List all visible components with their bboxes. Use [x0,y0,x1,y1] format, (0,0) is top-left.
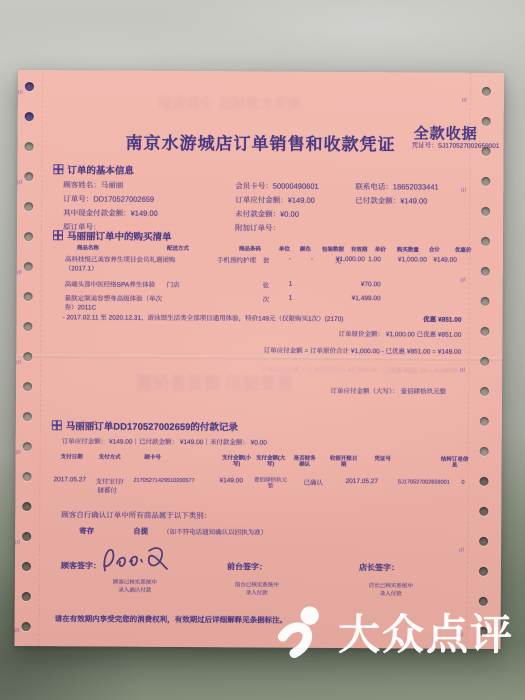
front-desk-signature-label: 前台签字： [227,561,267,572]
pay-row-date: 2017.05.27 [53,476,86,483]
tractor-feed-hole [479,507,488,516]
category-option-store: 寄存 [79,524,94,538]
edge-ink-mark: /// [14,539,21,546]
item-row-1-color: - [289,256,291,263]
manager-signature-note: 店长已核实系统中录入付款 [355,582,427,599]
edge-ink-mark: /// [461,187,468,194]
tractor-feed-hole [480,417,489,426]
edge-ink-mark: /// [458,547,465,554]
tractor-feed-hole [480,387,489,396]
tractor-feed-hole [23,442,32,451]
col-header-discount: 优惠价 [455,246,472,254]
col-header-barcode: 商品条码 [239,244,261,252]
payment-summary: 订单应付金额： ¥149.00｜已付款金额： ¥149.00｜未付款金额： ¥0… [62,436,267,446]
tractor-feed-hole [480,357,489,366]
tractor-feed-hole [482,117,491,126]
edge-ink-mark: /// [15,449,22,456]
col-header-price: 单价 [375,245,386,253]
col-header-expiry: 有效期 [351,245,368,253]
item-row-3-amount: ¥1,499.00 [333,295,381,302]
tractor-feed-hole [481,177,490,186]
item-row-2-delivery: 门店 [167,280,180,289]
paid-amount: 已付款金额：¥149.00 [355,194,438,209]
edge-ink-mark: /// [459,457,466,464]
tractor-feed-hole [481,147,490,156]
dianping-brand-text: 大众点评 [338,602,514,662]
edge-ink-mark: /// [461,97,468,104]
category-option-pickup: 自提 [133,525,148,539]
customer-signature-note: 顾客已核实系统中录入确认付款 [99,579,171,596]
col-header-pack: 包装数据 [322,245,344,253]
pay-header-amount-caps: 支付金额(大写) [256,455,286,468]
payable-calc-ghost: 订单应付金额 = 订单原价合计 ¥1,000.00 - 已优惠 ¥851.00 … [261,364,459,374]
item-row-3-color: 1 [289,295,293,302]
item-row-1-qty: 1.00 [357,256,381,263]
customer-handwritten-signature [97,538,175,582]
validity-note: - 2017.02.11 至 2020.12.31，游泳馆生活类全部项目通用体验… [62,312,343,323]
edge-ink-mark: /// [17,89,24,96]
edge-ink-mark: /// [16,269,23,276]
tractor-feed-hole [481,207,490,216]
col-header-qty: 购买数量 [397,245,419,253]
pay-header-book-date: 收银开账日期 [330,456,358,469]
tractor-feed-hole [23,322,32,331]
item-row-1-pack: - [311,256,313,263]
tractor-feed-hole [23,412,32,421]
payable-calc-line: 订单应付金额 = 订单原价合计 ¥1,000.00 - 已优惠 ¥851.00 … [264,346,462,356]
payable-amount: 订单应付金额：¥149.00 [235,193,318,208]
payable-caps-line: 订单应付金额（大写）： 壹佰肆拾玖元整 [330,386,446,396]
cash-paid-amount: 其中现金付款金额：¥149.00 [63,206,158,221]
item-row-1-unit: 套 [263,255,270,264]
item-row-1-name2: （2017.1） [65,263,98,272]
tractor-feed-hole [479,567,488,576]
front-desk-signature-note: 前台已核实系统中录入付款 [221,581,293,598]
col-header-unit: 单位 [279,245,290,253]
basic-info-col3: 联系电话：18652033441 已付款金额：¥149.00 [355,180,439,209]
tractor-feed-hole [23,352,32,361]
col-header-delivery: 配送方式 [167,244,189,252]
pay-header-voucher: 凭证号 [368,456,398,462]
tractor-feed-hole [24,292,33,301]
discount-amount-note: 优惠 ¥851.00 [401,314,461,323]
item-row-2-amount: ¥70.00 [333,281,381,288]
edge-ink-mark: /// [460,277,467,284]
pay-row-carryover: 0 [461,480,464,486]
pay-row-amount: ¥149.00 [219,477,243,484]
item-row-2-color: 1 [289,281,293,288]
tractor-feed-hole [25,112,34,121]
category-confirm-line: 顾客自行确认订单中所有商品属于以下类别： [61,508,211,523]
tractor-feed-hole [24,202,33,211]
photo-background: 南京水游城店 全款收据 重要提示 请妥善保管 南京水游城店订单销售和收款凭证 全… [0,0,525,700]
item-row-3-unit: 次 [263,294,270,303]
extra-order-number: 附加订单号： [235,221,318,236]
tractor-feed-hole [22,622,31,631]
tractor-feed-hole [481,297,490,306]
tractor-feed-hole [24,232,33,241]
tractor-feed-hole [22,502,31,511]
pay-row-card-number: 21705271429510200577 [133,478,194,484]
dianping-watermark: 大众点评 [276,602,514,662]
item-row-1-barcode: 手机预约护理 [217,255,256,264]
section-grid-icon [53,230,63,240]
pay-header-finance-confirm: 是否财务确认 [292,456,318,469]
edge-ink-mark: /// [14,627,20,634]
validity-footer-note: 请在有效期内享受完您的消费权利，有效期过后详细解释见条据标注。 [55,612,288,627]
tractor-feed-hole [481,267,490,276]
pay-header-method: 支付方式 [98,454,122,460]
item-row-2-unit: 张 [263,280,270,289]
tractor-feed-hole [22,532,31,541]
tractor-feed-hole [22,472,31,481]
pay-header-date: 支付日期 [60,454,84,460]
edge-ink-mark: /// [16,359,23,366]
tractor-feed-hole [479,477,488,486]
section-grid-icon [53,164,63,174]
section-grid-icon [52,420,62,430]
item-row-2-name: 高端头部中医经络SPA养生体验 [65,279,156,289]
section-payment-title: 马丽丽订单DD170527002659的付款记录 [52,418,238,433]
pay-row-amount-caps: 壹佰肆拾玖元整 [253,477,287,490]
section-basic-info-title: 订单的基本信息 [53,162,134,176]
pay-row-method-line2: 储蓄付 [97,485,117,494]
pay-row-voucher: SJ170527002659001 [397,479,449,485]
pay-row-confirm: 已确认 [303,478,323,487]
customer-name: 顾客姓名：马丽丽 [63,178,158,193]
contact-phone: 联系电话：18652033441 [355,180,438,195]
section-purchase-title: 马丽丽订单中的购买清单 [53,228,172,243]
pay-row-book-date: 2017.05.27 [345,478,378,485]
basic-info-col2: 会员卡号：50000490601 订单应付金额：¥149.00 未付款金额：¥0… [235,179,319,236]
tractor-feed-hole [23,382,32,391]
col-header-color: 颜色 [300,245,311,253]
bleedthrough-text-top: 南京水游城店 全款收据 [158,93,302,114]
original-price-line: 订单原价金额： ¥1,000.00 已优惠 ¥851.00 [339,329,462,339]
col-header-product: 商品名称 [77,243,99,251]
category-option-note: （如不符电话通知确认以回执为准） [163,527,267,537]
receipt-paper: 南京水游城店 全款收据 重要提示 请妥善保管 南京水游城店订单销售和收款凭证 全… [14,70,504,649]
tractor-feed-hole [22,562,31,571]
edge-ink-mark: /// [460,367,467,374]
unpaid-amount: 未付款金额：¥0.00 [235,207,318,222]
basic-info-col1: 顾客姓名：马丽丽 订单号：DD170527002659 其中现金付款金额：¥14… [63,178,158,235]
pay-header-amount-small: 支付金额(小写) [222,455,252,468]
customer-signature-label: 顾客签字： [61,560,101,571]
tractor-feed-hole [481,237,490,246]
tractor-feed-hole [22,592,31,601]
tractor-feed-hole [480,447,489,456]
edge-ink-mark: /// [17,179,24,186]
dianping-logo-icon [276,605,330,659]
tractor-feed-hole [482,87,491,96]
manager-signature-label: 店长签字： [359,562,399,573]
tractor-feed-hole [479,537,488,546]
pay-header-card: 刷卡号 [136,455,170,462]
tractor-feed-hole [24,262,33,271]
tractor-feed-hole [25,142,34,151]
tractor-feed-hole [480,327,489,336]
pay-row-method-line1: 支付宝付/ [95,476,123,485]
tractor-feed-hole [24,172,33,181]
order-number: 订单号：DD170527002659 [63,192,158,207]
item-row-1-discount: ¥149.00 [413,256,457,263]
col-header-total: 合计 [429,246,440,254]
tractor-feed-hole [25,82,34,91]
item-row-3-name2: 券）2011C [65,302,97,311]
member-card-number: 会员卡号：50000490601 [235,179,318,194]
